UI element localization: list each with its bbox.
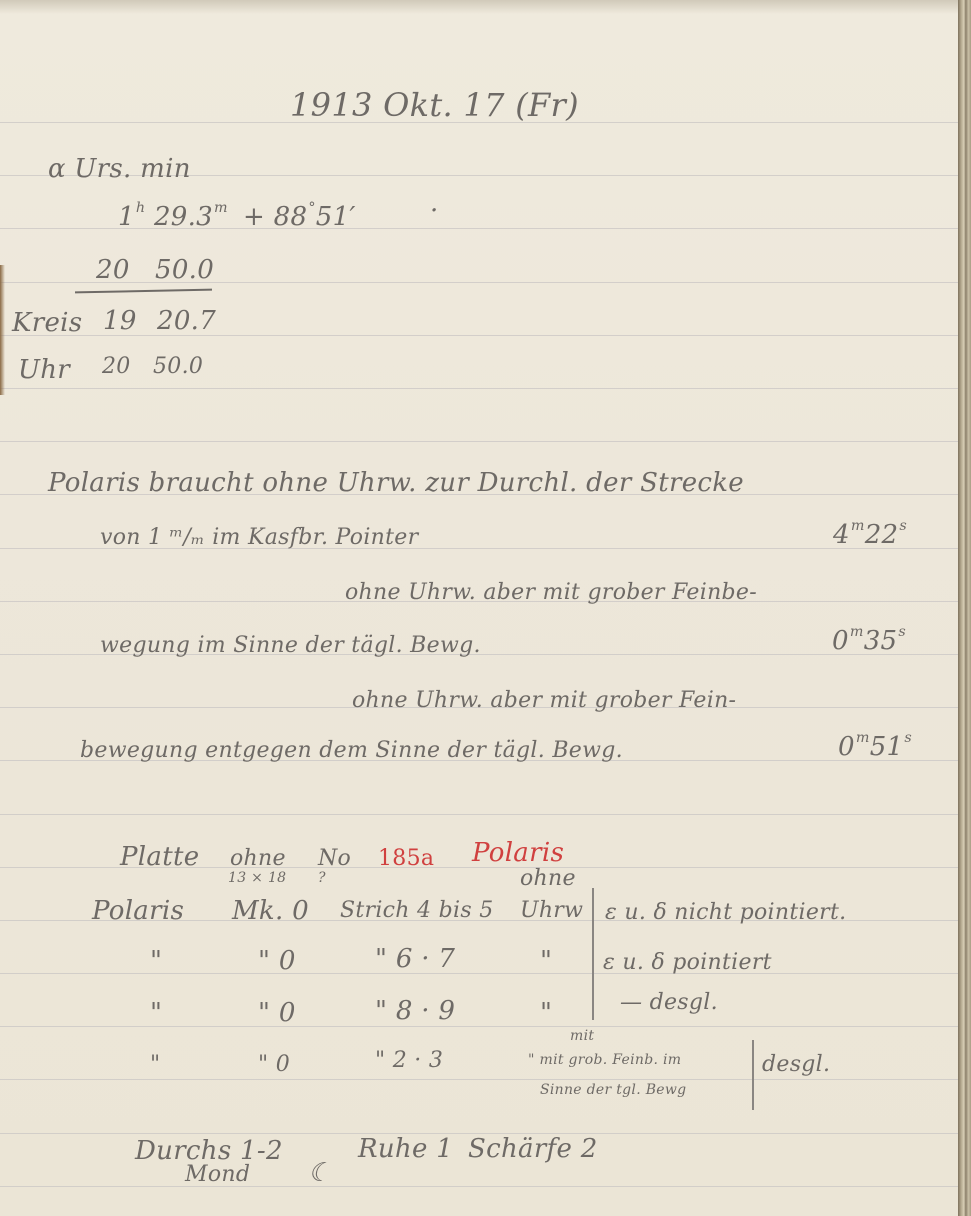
- plate-question-mark: ?: [318, 870, 326, 886]
- plate-row-2-uhrw: ": [540, 946, 552, 976]
- uhr-value-b: 50.0: [153, 354, 203, 379]
- dec-degrees-unit: °: [308, 200, 315, 216]
- ruhe-rating: Ruhe 1: [358, 1134, 453, 1164]
- plate-row-3-strich: " 8 · 9: [375, 996, 455, 1026]
- subtract-row-b: 50.0: [155, 255, 214, 285]
- plate-row-4-note: desgl.: [762, 1052, 830, 1077]
- declination: + 88°51′: [243, 200, 356, 232]
- plate-row-1-star: Polaris: [92, 896, 184, 926]
- plate-row-4-mk: " 0: [258, 1052, 290, 1077]
- plate-row-2-strich: " 6 · 7: [375, 944, 455, 974]
- uhr-label: Uhr: [18, 355, 70, 385]
- ra-hours: 1: [118, 202, 135, 232]
- plate-row-2-note: ε u. δ pointiert: [603, 950, 772, 975]
- seconds-unit: s: [899, 518, 907, 534]
- minutes-unit: m: [851, 518, 865, 534]
- notebook-page: 1913 Okt. 17 (Fr) α Urs. min 1h 29.3m + …: [0, 0, 958, 1216]
- date-header: 1913 Okt. 17 (Fr): [290, 86, 579, 124]
- moon-icon: ☾: [308, 1158, 332, 1188]
- rule-line: [0, 335, 958, 336]
- column-divider: [752, 1040, 754, 1110]
- rule-line: [0, 1186, 958, 1187]
- plate-row-3-star: ": [150, 998, 162, 1028]
- drift-note-2-time: 0m35s: [832, 624, 906, 656]
- plate-row-4-uhrw-line-2: Sinne der tgl. Bewg: [540, 1082, 686, 1098]
- plate-ohne: ohne: [230, 846, 286, 871]
- dot-mark: ·: [430, 196, 439, 226]
- plate-row-4-uhrw-above: mit: [570, 1028, 594, 1044]
- seconds-unit: s: [898, 624, 906, 640]
- minutes-value: 4: [833, 520, 850, 550]
- seconds-unit: s: [904, 730, 912, 746]
- plate-row-1-note: ε u. δ nicht pointiert.: [605, 900, 846, 925]
- seconds-value: 22: [865, 520, 899, 550]
- ra-hours-unit: h: [136, 200, 146, 216]
- kreis-value-b: 20.7: [157, 306, 216, 336]
- drift-note-2-line-1: ohne Uhrw. aber mit grober Feinbe-: [345, 580, 757, 605]
- page-edge-stain: [0, 265, 5, 395]
- rule-line: [0, 1026, 958, 1027]
- plate-row-1-uhrw: Uhrw: [520, 898, 583, 923]
- plate-row-1-mk: Mk. 0: [232, 896, 309, 926]
- plate-label: Platte: [120, 842, 199, 872]
- subtract-row-a: 20: [96, 255, 130, 285]
- plate-size-note: 13 × 18: [228, 870, 286, 886]
- minutes-value: 0: [838, 732, 855, 762]
- kreis-label: Kreis: [12, 308, 82, 338]
- plate-row-3-uhrw: ": [540, 998, 552, 1028]
- dec-arcmin: 51: [316, 202, 350, 232]
- star-label: α Urs. min: [48, 154, 191, 184]
- rule-line: [0, 1079, 958, 1080]
- plate-no-label: No: [318, 846, 351, 871]
- ra-minutes-unit: m: [214, 200, 228, 216]
- minutes-unit: m: [850, 624, 864, 640]
- plate-row-4-star: ": [150, 1052, 160, 1077]
- drift-note-1-line-1: Polaris braucht ohne Uhrw. zur Durchl. d…: [48, 468, 744, 498]
- column-header-ohne: ohne: [520, 866, 576, 891]
- drift-note-3-line-2: bewegung entgegen dem Sinne der tägl. Be…: [80, 738, 623, 763]
- drift-note-2-line-2: wegung im Sinne der tägl. Bewg.: [100, 633, 481, 658]
- minutes-value: 0: [832, 626, 849, 656]
- column-divider: [592, 888, 594, 1020]
- plate-number: 185a: [378, 846, 434, 871]
- kreis-value-a: 19: [103, 306, 137, 336]
- rule-line: [0, 973, 958, 974]
- drift-note-3-time: 0m51s: [838, 730, 912, 762]
- drift-note-3-line-1: ohne Uhrw. aber mit grober Fein-: [352, 688, 736, 713]
- plate-row-3-note: — desgl.: [620, 990, 718, 1015]
- uhr-value-a: 20: [102, 354, 131, 379]
- rule-line: [0, 282, 958, 283]
- plate-row-2-star: ": [150, 946, 162, 976]
- right-ascension: 1h 29.3m: [118, 200, 228, 232]
- mond-label: Mond: [185, 1162, 250, 1187]
- dec-degrees: + 88: [243, 202, 307, 232]
- schaerfe-rating: Schärfe 2: [468, 1134, 598, 1164]
- minutes-unit: m: [856, 730, 870, 746]
- ra-minutes: 29.3: [154, 202, 213, 232]
- plate-row-4-uhrw: " mit grob. Feinb. im: [528, 1052, 681, 1068]
- rule-line: [0, 814, 958, 815]
- seconds-value: 35: [864, 626, 898, 656]
- dec-arcmin-unit: ′: [349, 202, 355, 232]
- sum-underline: [75, 289, 212, 294]
- plate-row-3-mk: " 0: [258, 998, 296, 1028]
- notebook-binding: [958, 0, 971, 1216]
- plate-row-4-strich: " 2 · 3: [375, 1048, 443, 1073]
- rule-line: [0, 441, 958, 442]
- plate-row-1-strich: Strich 4 bis 5: [340, 898, 494, 923]
- plate-object: Polaris: [472, 838, 564, 868]
- plate-row-2-mk: " 0: [258, 946, 296, 976]
- rule-line: [0, 388, 958, 389]
- drift-note-1-line-2: von 1 ᵐ/ₘ im Kasfbr. Pointer: [100, 525, 418, 550]
- seconds-value: 51: [870, 732, 904, 762]
- drift-note-1-time: 4m22s: [833, 518, 907, 550]
